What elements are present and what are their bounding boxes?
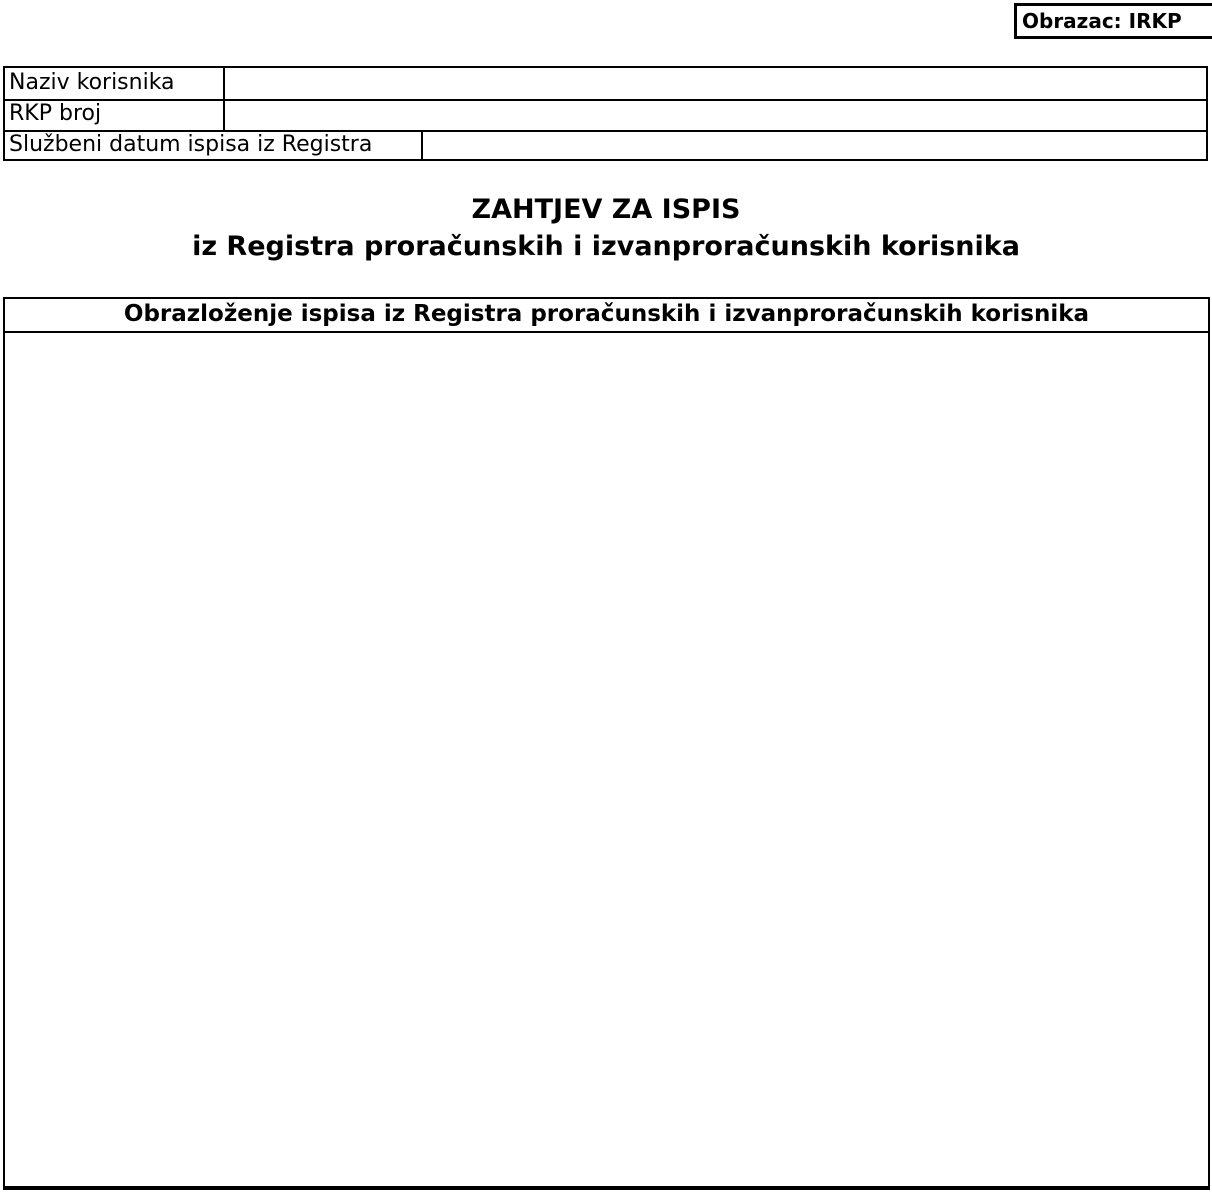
explanation-header: Obrazloženje ispisa iz Registra proračun… xyxy=(5,299,1208,333)
field-row-removal-date: Službeni datum ispisa iz Registra xyxy=(5,130,1206,159)
field-label: Službeni datum ispisa iz Registra xyxy=(9,130,372,160)
document-subtitle: iz Registra proračunskih i izvanproračun… xyxy=(0,231,1212,262)
field-label: RKP broj xyxy=(9,99,101,129)
explanation-text-area[interactable] xyxy=(5,333,1208,1186)
document-title: ZAHTJEV ZA ISPIS xyxy=(0,194,1212,225)
form-code-label: Obrazac: IRKP xyxy=(1014,3,1212,39)
explanation-section: Obrazloženje ispisa iz Registra proračun… xyxy=(3,297,1210,1190)
field-row-rkp-number: RKP broj xyxy=(5,99,1206,132)
field-label: Naziv korisnika xyxy=(9,68,175,98)
user-info-table: Naziv korisnika RKP broj Službeni datum … xyxy=(3,66,1208,161)
user-name-field[interactable] xyxy=(223,68,1206,99)
field-row-user-name: Naziv korisnika xyxy=(5,68,1206,101)
rkp-number-field[interactable] xyxy=(223,99,1206,130)
removal-date-field[interactable] xyxy=(421,130,1206,159)
